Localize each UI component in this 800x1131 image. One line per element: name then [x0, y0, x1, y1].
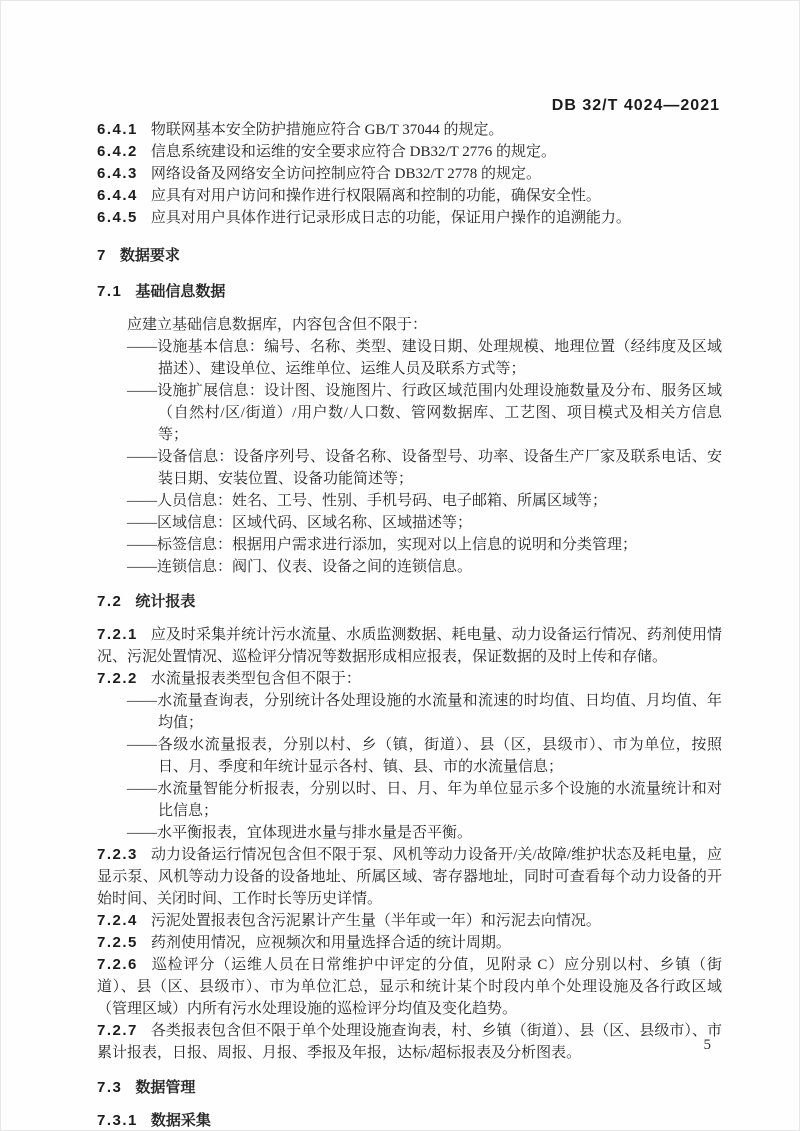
clause-7-2-1: 7.2.1应及时采集并统计污水流量、水质监测数据、耗电量、动力设备运行情况、药剂…	[97, 624, 722, 668]
heading-7-2-statistical-reports: 7.2统计报表	[97, 591, 722, 613]
clause-text: 药剂使用情况，应视频次和用量选择合适的统计周期。	[151, 935, 511, 951]
standard-code-header: DB 32/T 4024—2021	[552, 97, 720, 115]
heading-7-1-basic-info-data: 7.1基础信息数据	[97, 281, 722, 303]
list-item-water-balance-report: ——水平衡报表，宜体现进水量与排水量是否平衡。	[97, 822, 722, 844]
clause-number: 7.2.4	[97, 912, 138, 929]
clause-text: 污泥处置报表包含污泥累计产生量（半年或一年）和污泥去向情况。	[151, 913, 601, 929]
page-number: 5	[704, 1037, 712, 1054]
clause-7-2-2: 7.2.2水流量报表类型包含但不限于：	[97, 668, 722, 690]
heading-text: 统计报表	[135, 593, 195, 610]
heading-number: 7.1	[97, 283, 122, 300]
heading-number: 7	[97, 247, 107, 264]
clause-number: 7.2.2	[97, 670, 138, 687]
heading-text: 数据采集	[151, 1112, 211, 1129]
clause-6-4-2: 6.4.2信息系统建设和运维的安全要求应符合 DB32/T 2776 的规定。	[97, 141, 722, 163]
clause-text: 各类报表包含但不限于单个处理设施查询表，村、乡镇（街道）、县（区、县级市）、市累…	[97, 1023, 722, 1061]
heading-number: 7.3	[97, 1079, 122, 1096]
clause-number: 6.4.4	[97, 187, 138, 204]
clause-7-2-5: 7.2.5药剂使用情况，应视频次和用量选择合适的统计周期。	[97, 932, 722, 954]
heading-number: 7.3.1	[97, 1112, 138, 1129]
heading-text: 数据要求	[120, 247, 180, 264]
heading-7-data-requirements: 7数据要求	[97, 245, 722, 267]
list-item-flow-level-reports: ——各级水流量报表，分别以村、乡（镇，街道）、县（区，县级市）、市为单位，按照日…	[97, 734, 722, 778]
clause-7-2-7: 7.2.7各类报表包含但不限于单个处理设施查询表，村、乡镇（街道）、县（区、县级…	[97, 1020, 722, 1064]
heading-7-3-1-data-collection: 7.3.1数据采集	[97, 1110, 722, 1131]
clause-text: 应具对用户具体作进行记录形成日志的功能，保证用户操作的追溯能力。	[151, 210, 631, 226]
page-body: 6.4.1物联网基本安全防护措施应符合 GB/T 37044 的规定。 6.4.…	[97, 119, 722, 1131]
document-page: DB 32/T 4024—2021 6.4.1物联网基本安全防护措施应符合 GB…	[0, 0, 800, 1131]
paragraph-basic-info-intro: 应建立基础信息数据库，内容包含但不限于：	[97, 314, 722, 336]
clause-text: 水流量报表类型包含但不限于：	[151, 671, 361, 687]
list-item-facility-basic-info: ——设施基本信息：编号、名称、类型、建设日期、处理规模、地理位置（经纬度及区域描…	[97, 336, 722, 380]
heading-text: 基础信息数据	[135, 283, 225, 300]
clause-number: 6.4.5	[97, 209, 138, 226]
clause-7-2-3: 7.2.3动力设备运行情况包含但不限于泵、风机等动力设备开/关/故障/维护状态及…	[97, 844, 722, 910]
clause-text: 网络设备及网络安全访问控制应符合 DB32/T 2778 的规定。	[151, 166, 541, 182]
clause-number: 6.4.2	[97, 143, 138, 160]
clause-number: 7.2.3	[97, 846, 138, 863]
clause-text: 信息系统建设和运维的安全要求应符合 DB32/T 2776 的规定。	[151, 144, 556, 160]
clause-text: 物联网基本安全防护措施应符合 GB/T 37044 的规定。	[151, 122, 504, 138]
clause-number: 7.2.5	[97, 934, 138, 951]
clause-6-4-4: 6.4.4应具有对用户访问和操作进行权限隔离和控制的功能，确保安全性。	[97, 185, 722, 207]
clause-number: 6.4.3	[97, 165, 138, 182]
list-item-interlock-info: ——连锁信息：阀门、仪表、设备之间的连锁信息。	[97, 556, 722, 578]
heading-text: 数据管理	[135, 1079, 195, 1096]
clause-7-2-6: 7.2.6巡检评分（运维人员在日常维护中评定的分值，见附录 C）应分别以村、乡镇…	[97, 954, 722, 1020]
clause-text: 动力设备运行情况包含但不限于泵、风机等动力设备开/关/故障/维护状态及耗电量，应…	[97, 847, 722, 907]
list-item-region-info: ——区域信息：区域代码、区域名称、区域描述等；	[97, 512, 722, 534]
list-item-flow-analysis-report: ——水流量智能分析报表，分别以时、日、月、年为单位显示多个设施的水流量统计和对比…	[97, 778, 722, 822]
clause-text: 巡检评分（运维人员在日常维护中评定的分值，见附录 C）应分别以村、乡镇（街道）、…	[97, 957, 722, 1017]
list-item-equipment-info: ——设备信息：设备序列号、设备名称、设备型号、功率、设备生产厂家及联系电话、安装…	[97, 446, 722, 490]
clause-number: 7.2.1	[97, 626, 138, 643]
clause-6-4-5: 6.4.5应具对用户具体作进行记录形成日志的功能，保证用户操作的追溯能力。	[97, 207, 722, 229]
clause-text: 应及时采集并统计污水流量、水质监测数据、耗电量、动力设备运行情况、药剂使用情况、…	[97, 627, 722, 665]
clause-number: 7.2.7	[97, 1022, 138, 1039]
clause-text: 应具有对用户访问和操作进行权限隔离和控制的功能，确保安全性。	[151, 188, 601, 204]
list-item-personnel-info: ——人员信息：姓名、工号、性别、手机号码、电子邮箱、所属区域等；	[97, 490, 722, 512]
clause-number: 6.4.1	[97, 121, 138, 138]
heading-7-3-data-management: 7.3数据管理	[97, 1077, 722, 1099]
list-item-tag-info: ——标签信息：根据用户需求进行添加，实现对以上信息的说明和分类管理；	[97, 534, 722, 556]
heading-number: 7.2	[97, 593, 122, 610]
clause-number: 7.2.6	[97, 956, 138, 973]
clause-7-2-4: 7.2.4污泥处置报表包含污泥累计产生量（半年或一年）和污泥去向情况。	[97, 910, 722, 932]
clause-6-4-1: 6.4.1物联网基本安全防护措施应符合 GB/T 37044 的规定。	[97, 119, 722, 141]
clause-6-4-3: 6.4.3网络设备及网络安全访问控制应符合 DB32/T 2778 的规定。	[97, 163, 722, 185]
list-item-facility-extended-info: ——设施扩展信息：设计图、设施图片、行政区域范围内处理设施数量及分布、服务区域（…	[97, 380, 722, 446]
list-item-flow-query-table: ——水流量查询表，分别统计各处理设施的水流量和流速的时均值、日均值、月均值、年均…	[97, 690, 722, 734]
